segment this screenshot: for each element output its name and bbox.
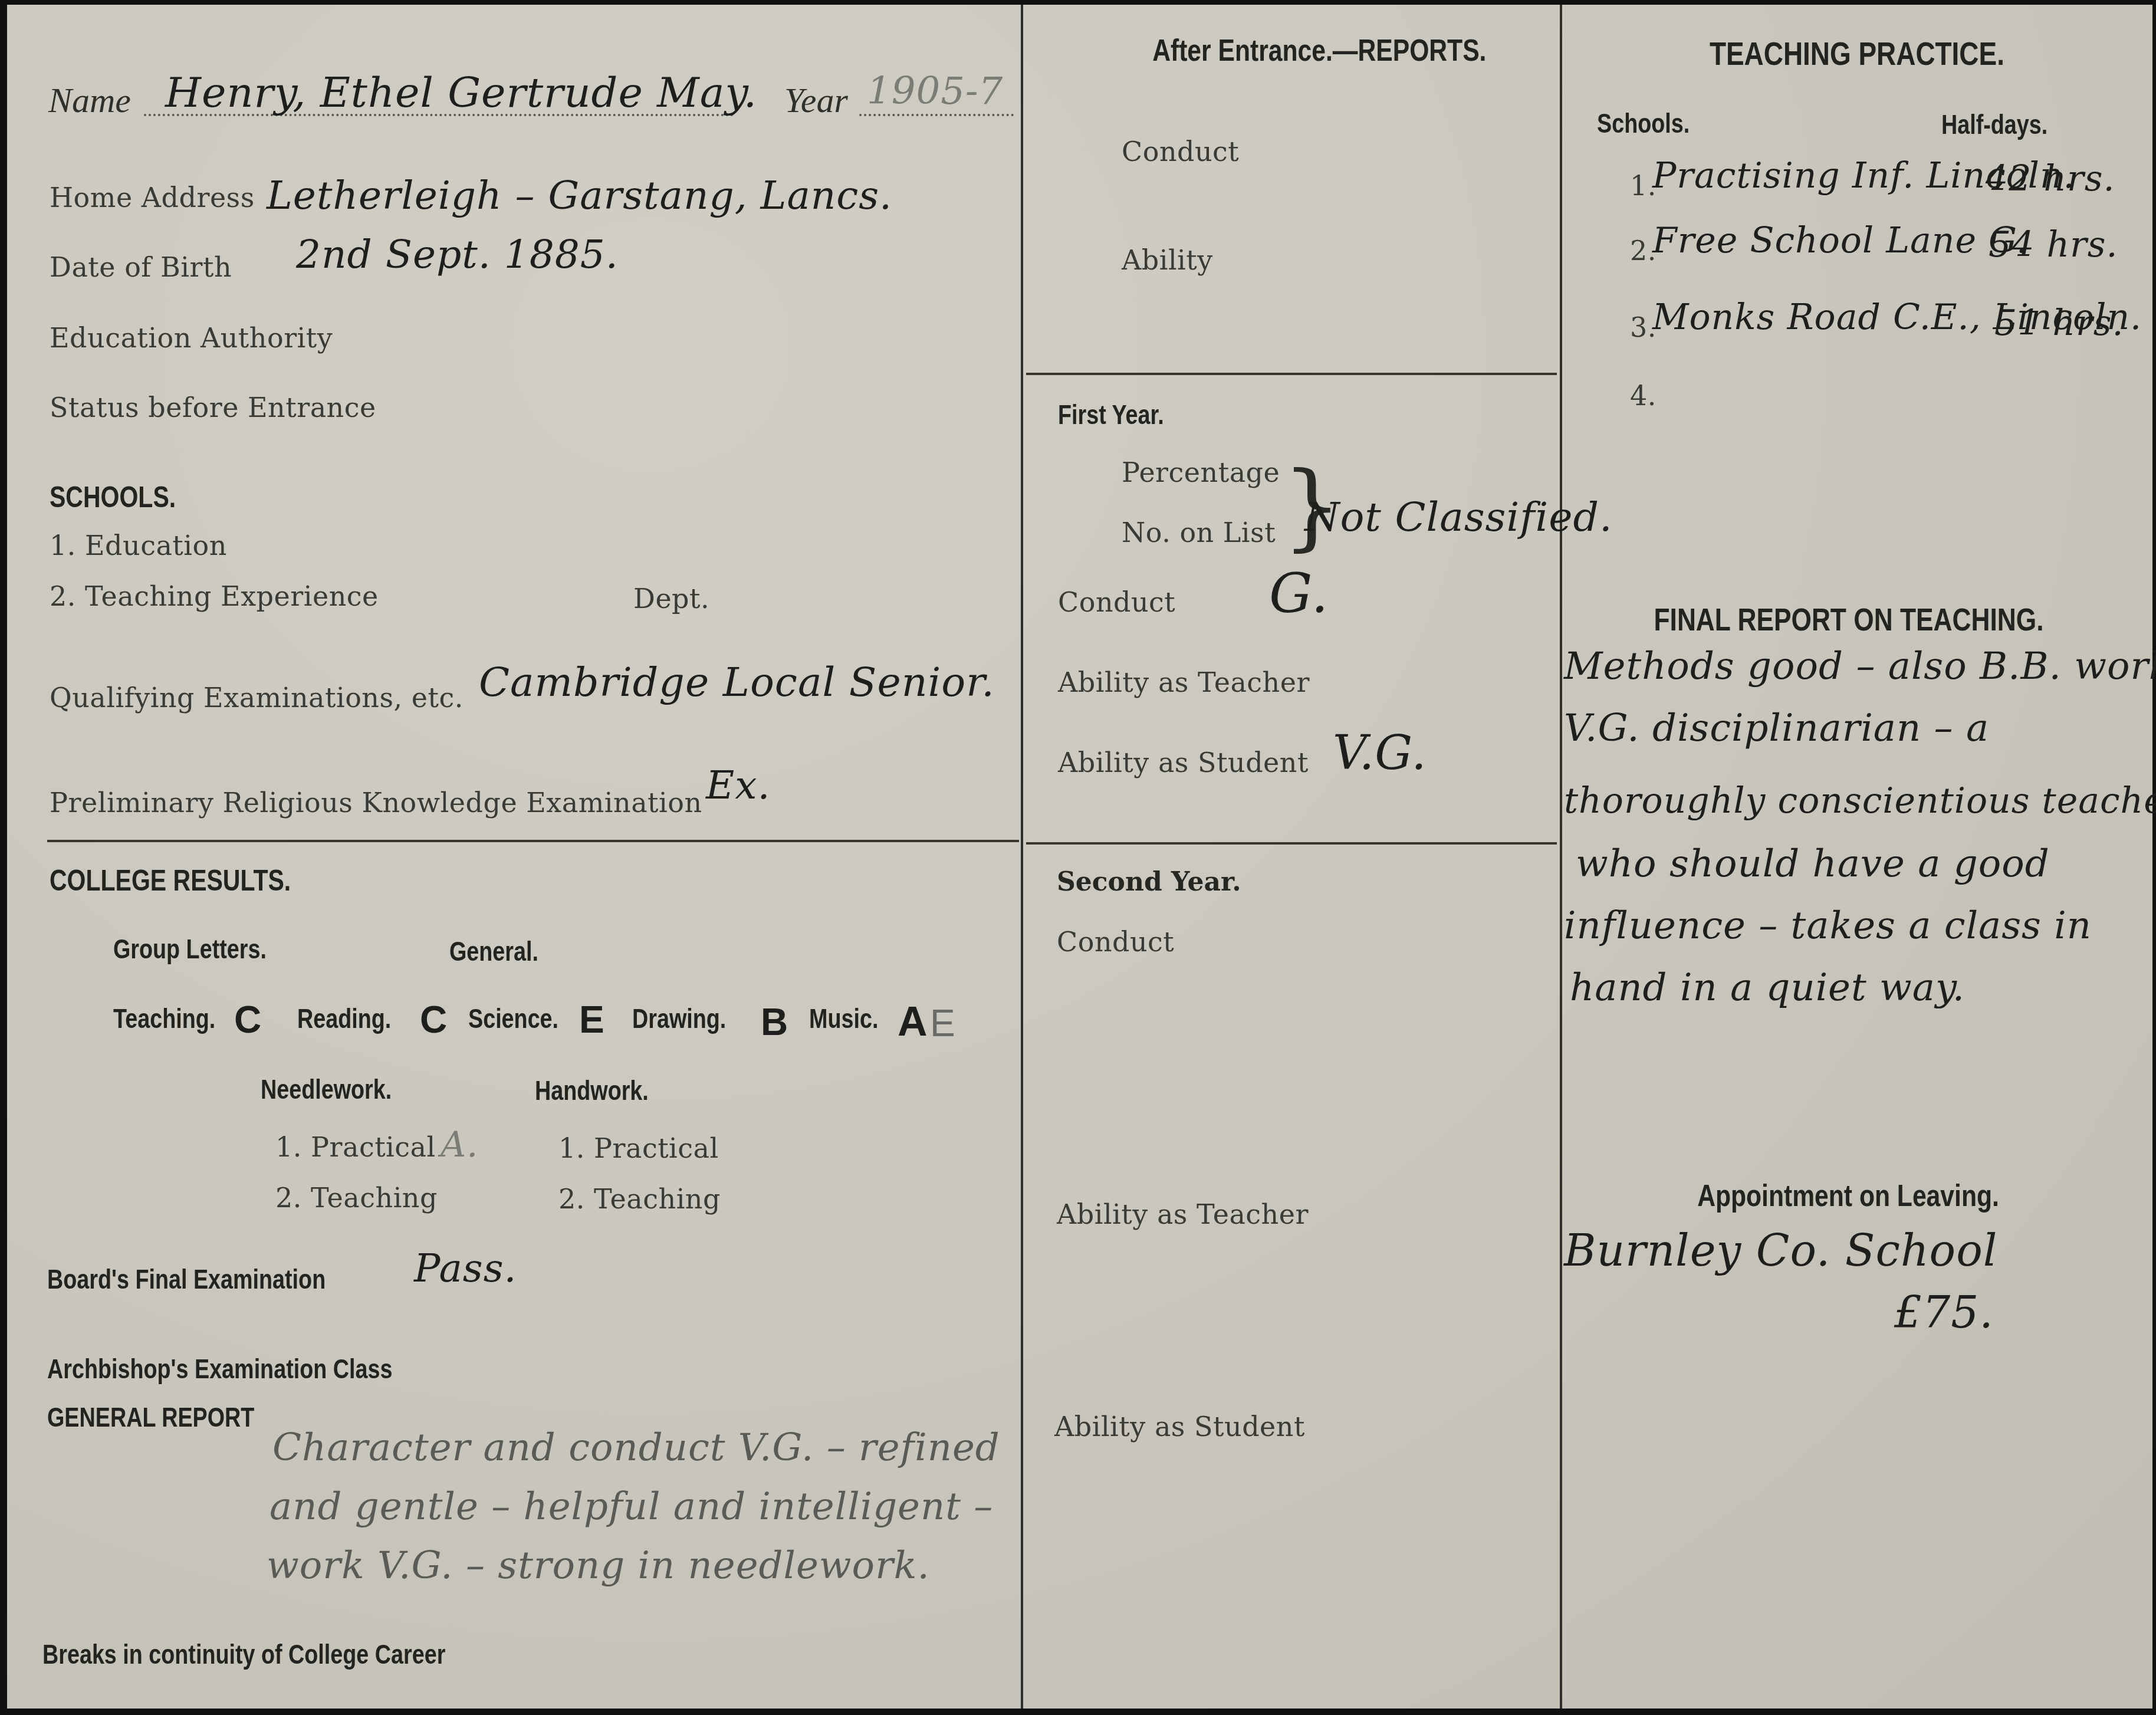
dob-value: 2nd Sept. 1885. xyxy=(296,232,619,277)
schools-column-header: Schools. xyxy=(1597,107,1690,139)
home-address-value: Letherleigh – Garstang, Lancs. xyxy=(267,173,892,218)
needlework-teaching-label: 2. Teaching xyxy=(275,1182,438,1214)
final-report-line-1: Methods good – also B.B. work.– xyxy=(1564,645,2156,688)
final-report-line-4: who should have a good xyxy=(1576,842,2050,886)
row-number: 4. xyxy=(1630,380,1657,412)
halfdays-column-header: Half-days. xyxy=(1941,109,2047,140)
needlework-practical-label: 1. Practical xyxy=(275,1131,436,1163)
general-report-line-3: work V.G. – strong in needlework. xyxy=(267,1544,930,1588)
needlework-label: Needlework. xyxy=(261,1073,392,1105)
year-value: 1905-7 xyxy=(867,70,1003,113)
education-authority-label: Education Authority xyxy=(50,322,333,354)
final-report-line-6: hand in a quiet way. xyxy=(1570,966,1965,1010)
second-year-ability-teacher-label: Ability as Teacher xyxy=(1057,1198,1309,1230)
first-year-ability-student-label: Ability as Student xyxy=(1058,747,1309,778)
subject-drawing-grade: B xyxy=(761,1000,788,1044)
second-year-heading: Second Year. xyxy=(1057,867,1241,897)
subject-music-grade: A xyxy=(898,998,928,1045)
first-year-ability-teacher-label: Ability as Teacher xyxy=(1058,666,1310,698)
final-report-line-5: influence – takes a class in xyxy=(1564,904,2092,948)
subject-science-label: Science. xyxy=(468,1003,558,1034)
prelim-religious-exam-value: Ex. xyxy=(706,763,770,808)
schools-heading: SCHOOLS. xyxy=(50,480,176,514)
second-year-conduct-label: Conduct xyxy=(1057,926,1174,958)
general-report-label: GENERAL REPORT xyxy=(47,1401,254,1433)
half-days-value: 54 hrs. xyxy=(1989,224,2118,265)
prelim-religious-exam-label: Preliminary Religious Knowledge Examinat… xyxy=(50,787,702,819)
dept-label: Dept. xyxy=(633,583,709,615)
qualifying-exams-label: Qualifying Examinations, etc. xyxy=(50,682,464,714)
qualifying-exams-value: Cambridge Local Senior. xyxy=(479,659,995,706)
subject-science-grade: E xyxy=(579,998,604,1042)
half-days-value: 42 hrs. xyxy=(1986,158,2115,199)
reports-heading: After Entrance.—REPORTS. xyxy=(1152,33,1486,68)
column-divider-left xyxy=(1021,5,1023,1709)
subject-drawing-label: Drawing. xyxy=(632,1003,726,1034)
first-year-heading: First Year. xyxy=(1058,399,1164,431)
rule-left-college-results xyxy=(47,840,1019,842)
student-record-card: Name Henry, Ethel Gertrude May. Year 190… xyxy=(7,5,2152,1709)
first-year-conduct-label: Conduct xyxy=(1058,586,1175,618)
status-before-entrance-label: Status before Entrance xyxy=(50,392,376,423)
subject-reading-grade: C xyxy=(420,998,447,1042)
rule-mid-second-year xyxy=(1026,842,1557,845)
after-entrance-conduct-label: Conduct xyxy=(1122,136,1239,167)
breaks-in-continuity-label: Breaks in continuity of College Career xyxy=(42,1638,445,1670)
after-entrance-ability-label: Ability xyxy=(1122,244,1213,276)
general-report-line-2: and gentle – helpful and intelligent – xyxy=(269,1485,993,1529)
boards-final-exam-value: Pass. xyxy=(414,1246,517,1291)
subject-teaching-label: Teaching. xyxy=(113,1003,215,1034)
first-year-ability-student-value: V.G. xyxy=(1333,725,1427,780)
handwork-teaching-label: 2. Teaching xyxy=(558,1183,721,1215)
group-letters-label: Group Letters. xyxy=(113,933,267,965)
name-label: Name xyxy=(48,80,131,121)
boards-final-exam-label: Board's Final Examination xyxy=(47,1263,326,1295)
schools-education-label: 1. Education xyxy=(50,530,227,561)
general-label: General. xyxy=(449,935,538,967)
first-year-percentage-label: Percentage xyxy=(1122,456,1280,488)
second-year-ability-student-label: Ability as Student xyxy=(1054,1411,1305,1443)
dob-label: Date of Birth xyxy=(50,251,232,283)
schools-teaching-experience-label: 2. Teaching Experience xyxy=(50,580,379,612)
subject-teaching-grade: C xyxy=(234,998,261,1042)
subject-music-extra-grade: E xyxy=(930,1001,955,1045)
archbishops-exam-label: Archbishop's Examination Class xyxy=(47,1353,392,1385)
final-report-line-3: thoroughly conscientious teacher xyxy=(1564,780,2156,822)
half-days-value: 51 hrs. xyxy=(1994,303,2124,344)
column-divider-right xyxy=(1560,5,1562,1709)
handwork-practical-label: 1. Practical xyxy=(558,1132,719,1164)
teaching-practice-heading: TEACHING PRACTICE. xyxy=(1710,34,2004,73)
college-results-heading: COLLEGE RESULTS. xyxy=(50,863,291,898)
first-year-classification-value: Not Classified. xyxy=(1304,494,1613,541)
first-year-conduct-value: G. xyxy=(1269,562,1329,625)
rule-mid-first-year xyxy=(1026,373,1557,375)
year-label: Year xyxy=(784,80,848,121)
general-report-line-1: Character and conduct V.G. – refined xyxy=(272,1426,1000,1470)
home-address-label: Home Address xyxy=(50,182,255,213)
appointment-value: Burnley Co. School xyxy=(1564,1226,1997,1276)
handwork-label: Handwork. xyxy=(535,1075,649,1106)
appointment-heading: Appointment on Leaving. xyxy=(1697,1178,1999,1214)
subject-reading-label: Reading. xyxy=(297,1003,391,1034)
first-year-no-on-list-label: No. on List xyxy=(1122,517,1276,548)
name-value: Henry, Ethel Gertrude May. xyxy=(165,68,757,117)
needlework-practical-value: A. xyxy=(441,1124,478,1165)
school-name: Free School Lane G. xyxy=(1652,220,2028,261)
subject-music-label: Music. xyxy=(809,1003,878,1034)
final-report-line-2: V.G. disciplinarian – a xyxy=(1564,707,1989,750)
final-report-heading: FINAL REPORT ON TEACHING. xyxy=(1654,602,2044,638)
salary-value: £75. xyxy=(1894,1287,1994,1338)
